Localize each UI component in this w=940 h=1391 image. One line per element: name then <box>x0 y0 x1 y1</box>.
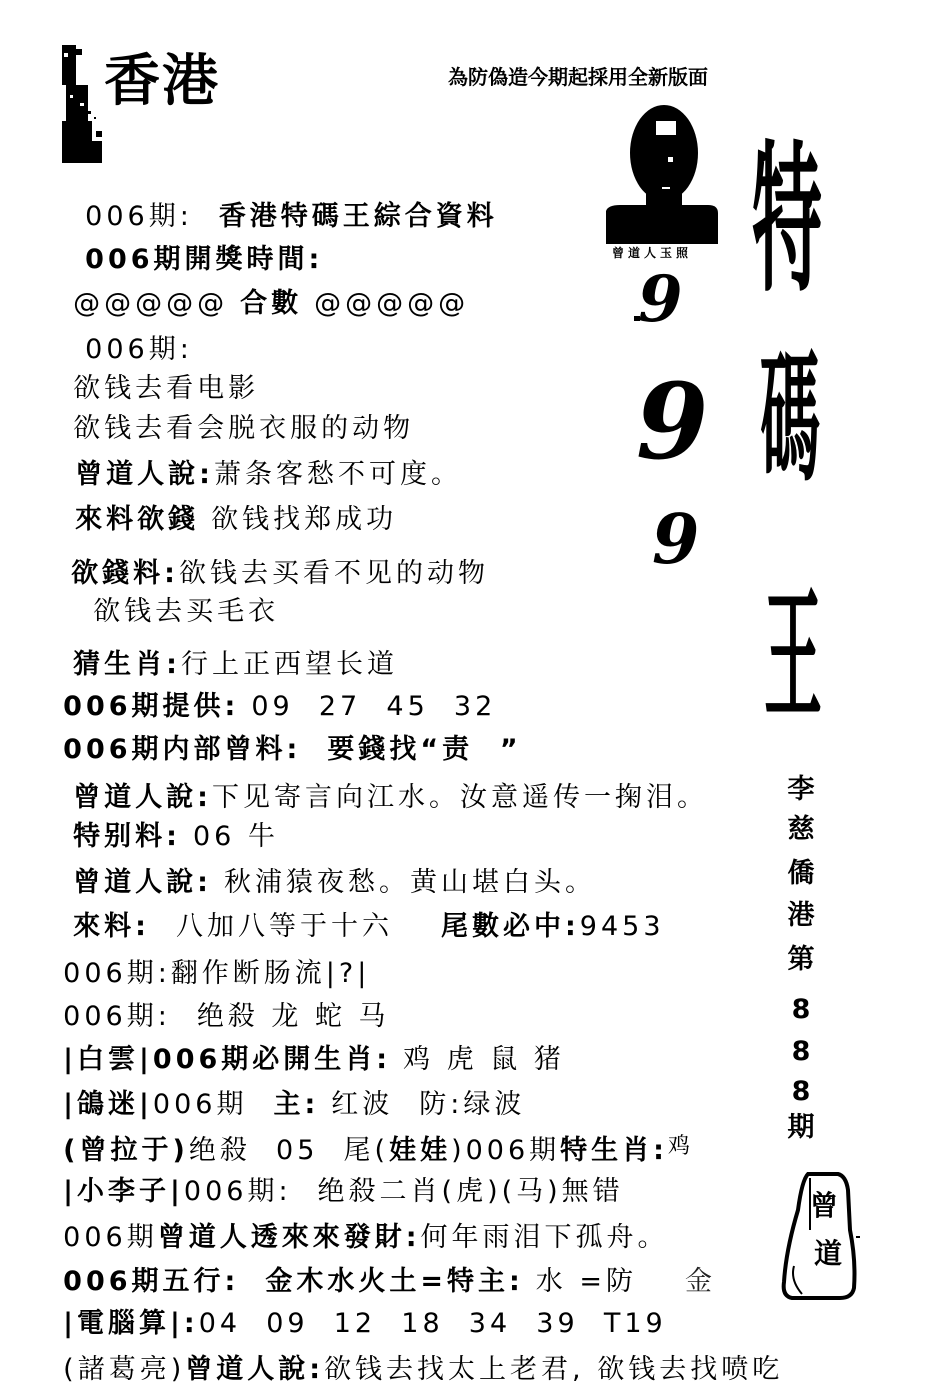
zeng-dao-stamp: 曾 道 <box>780 1170 860 1302</box>
vertical-sub-char: 期 <box>784 1114 818 1141</box>
title-char-ma: 碼 <box>760 350 820 491</box>
vertical-sub-char: 8 <box>784 1078 818 1105</box>
person-silhouette-icon <box>600 103 720 245</box>
title-char-te: 特 <box>752 140 822 301</box>
vertical-sub-char: 8 <box>784 996 818 1023</box>
stamp-char-dao: 道 <box>814 1240 842 1268</box>
vertical-sub-char: 港 <box>784 902 818 929</box>
special-zodiac-value: 鸡 <box>668 1131 694 1163</box>
line-text: 合數 <box>240 288 302 320</box>
line-text: 欲钱去找太上老君, 欲钱去找喷吃 <box>324 1354 783 1386</box>
vertical-sub-char: 僑 <box>784 860 818 887</box>
lucky-nine-3: 9 <box>652 506 699 574</box>
vertical-sub-char: 慈 <box>784 816 818 843</box>
guard-element: 金 <box>685 1266 716 1298</box>
vertical-sub-char: 李 <box>784 776 818 803</box>
source-tag: (諸葛亮) <box>63 1354 185 1386</box>
anti-counterfeit-notice: 為防偽造今期起採用全新版面 <box>448 64 708 90</box>
line-label: 曾道人說: <box>185 1354 324 1386</box>
lucky-nine-1: 9 <box>638 268 683 332</box>
title-char-wang: 王 <box>764 585 822 727</box>
line-text: 下见寄言向江水。汝意遥传一掬泪。 <box>212 782 708 814</box>
stamp-char-zeng: 曾 <box>810 1192 838 1220</box>
portrait-caption: 曾道人玉照 <box>612 245 692 261</box>
portrait-image <box>600 103 720 245</box>
logo-title: 香港 <box>104 50 220 114</box>
lucky-nine-2: 9 <box>636 370 708 474</box>
logo-emblem <box>62 45 106 163</box>
vertical-sub-char: 第 <box>784 946 818 973</box>
line-label-tail: 尾數必中: <box>441 911 580 943</box>
text-line: (諸葛亮)曾道人說:欲钱去找太上老君, 欲钱去找喷吃 <box>38 1322 783 1386</box>
tail-numbers: 9453 <box>580 911 665 943</box>
at-signs-right: @@@@@ <box>314 288 469 320</box>
vertical-sub-char: 8 <box>784 1038 818 1065</box>
